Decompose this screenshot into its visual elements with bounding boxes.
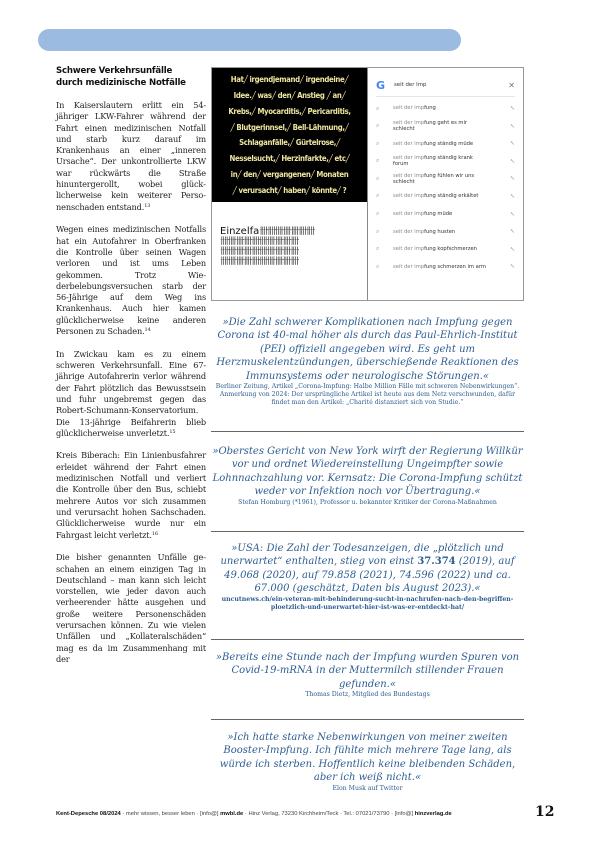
search-icon: ⌕: [376, 245, 393, 253]
heading-line-1: Schwere Verkehrsunfälle: [56, 66, 172, 76]
search-icon: ⌕: [376, 105, 393, 113]
suggestion-item: ⌕seit der impfung ständig krankforum↖: [376, 154, 515, 169]
search-icon: ⌕: [376, 157, 393, 165]
footer-link-mwbl[interactable]: mwbl.de: [220, 811, 243, 817]
article-paragraph: In Kaiserslautern erlitt ein 54-jähriger…: [56, 100, 206, 213]
article-column: Schwere Verkehrsunfälle durch medizinisc…: [56, 66, 206, 677]
quote-text: »Die Zahl schwerer Komplikationen nach I…: [211, 316, 524, 383]
footnote-ref: 16: [152, 531, 158, 537]
search-icon: ⌕: [376, 228, 393, 236]
suggestion-item: ⌕seit der impfung geht es mirschlecht↖: [376, 119, 515, 134]
question-text-panel: Hat╱ irgendjemand╱ irgendeine╱ Idee.╱ wa…: [212, 68, 367, 202]
google-autocomplete-screenshot: G seit der Imp ✕ ⌕seit der impfung↖ ⌕sei…: [368, 68, 523, 300]
meme-line: Nesselsucht,╱ Herzinfarkte,╱ etc╱: [221, 154, 358, 163]
footer-tagline: · mehr wissen, besser leben · [info@]: [121, 811, 220, 817]
header-banner: [38, 29, 461, 51]
arrow-fill-icon: ↖: [510, 263, 515, 270]
quote-text: »Oberstes Gericht von New York wirft der…: [211, 445, 524, 499]
article-paragraph: Kreis Biberach: Ein Linienbus­fahrer erl…: [56, 450, 206, 540]
divider: [211, 639, 524, 640]
arrow-fill-icon: ↖: [510, 140, 515, 147]
quote-text: »Bereits eine Stunde nach der Impfung wu…: [211, 651, 524, 691]
footer-publisher: · Hinz Verlag, 73230 Kirchheim/Teck · Te…: [243, 811, 414, 817]
tally-marks-panel: Einzelfa卌卌卌卌卌卌卌 卌卌卌卌卌卌卌卌卌卌 卌卌卌卌卌卌卌卌卌卌 卌卌…: [212, 202, 367, 300]
quote-block-berliner-zeitung: »Die Zahl schwerer Komplikationen nach I…: [211, 316, 524, 408]
arrow-fill-icon: ↖: [510, 123, 515, 130]
meme-line: in╱ den╱ vergangenen╱ Monaten: [221, 170, 358, 179]
meme-line: Schlaganfälle,╱ Gürtelrose,╱: [221, 138, 358, 147]
collage-image: Hat╱ irgendjemand╱ irgendeine╱ Idee.╱ wa…: [211, 67, 524, 301]
footnote-ref: 15: [169, 429, 175, 435]
meme-panel: Hat╱ irgendjemand╱ irgendeine╱ Idee.╱ wa…: [212, 68, 368, 300]
suggestion-item: ⌕seit der impfung fühlen wir unsschlecht…: [376, 171, 515, 186]
article-paragraph: In Zwickau kam es zu einem schweren Verk…: [56, 349, 206, 439]
page-number: 12: [535, 804, 554, 820]
meme-line: Idee.╱ was╱ den╱ Anstieg ╱ an╱: [221, 91, 358, 100]
quote-source: Stefan Homburg (*1961), Professor u. bek…: [211, 499, 524, 507]
divider: [211, 719, 524, 720]
footer-link-hinzverlag[interactable]: hinzverlag.de: [415, 811, 452, 817]
tally-marks-icon: 卌卌卌卌卌卌卌卌卌卌: [220, 247, 367, 257]
search-bar: G seit der Imp ✕: [376, 74, 515, 97]
arrow-fill-icon: ↖: [510, 228, 515, 235]
arrow-fill-icon: ↖: [510, 193, 515, 200]
quote-source: Thomas Dietz, Mitglied des Bundestags: [211, 691, 524, 699]
google-logo-icon: G: [376, 79, 394, 92]
quote-source: Elon Musk auf Twitter: [211, 785, 524, 793]
page-footer: Kent-Depesche 08/2024 · mehr wissen, bes…: [56, 811, 526, 817]
suggestion-item: ⌕seit der impfung ständig müde↖: [376, 136, 515, 151]
quote-block-usa-obituaries: »USA: Die Zahl der Todesanzeigen, die „p…: [211, 542, 524, 612]
search-query: seit der Imp: [394, 82, 508, 88]
arrow-fill-icon: ↖: [510, 211, 515, 218]
quote-source: Berliner Zeitung, Artikel „Corona-Impfun…: [211, 383, 524, 408]
search-icon: ⌕: [376, 263, 393, 271]
article-heading: Schwere Verkehrsunfälle durch medizinisc…: [56, 66, 206, 89]
meme-line: Hat╱ irgendjemand╱ irgendeine╱: [221, 75, 358, 84]
arrow-fill-icon: ↖: [510, 105, 515, 112]
suggestion-item: ⌕seit der impfung husten↖: [376, 224, 515, 239]
article-paragraph: Die bisher genannten Unfälle ge­schahen …: [56, 552, 206, 665]
arrow-fill-icon: ↖: [510, 175, 515, 182]
quote-text: »USA: Die Zahl der Todesanzeigen, die „p…: [211, 542, 524, 596]
search-icon: ⌕: [376, 122, 393, 130]
publication-name: Kent-Depesche 08/2024: [56, 811, 121, 817]
tally-line: Einzelfa卌卌卌卌卌卌卌: [220, 227, 367, 237]
meme-line: Krebs,╱ Myocarditis,╱ Pericarditis,: [221, 107, 358, 116]
search-icon: ⌕: [376, 192, 393, 200]
divider: [211, 531, 524, 532]
suggestion-item: ⌕seit der impfung müde↖: [376, 207, 515, 222]
footnote-ref: 14: [145, 327, 151, 333]
search-icon: ⌕: [376, 175, 393, 183]
suggestion-item: ⌕seit der impfung schmerzen im arm↖: [376, 259, 515, 274]
suggestion-item: ⌕seit der impfung↖: [376, 101, 515, 116]
quote-block-dietz: »Bereits eine Stunde nach der Impfung wu…: [211, 651, 524, 699]
suggestion-item: ⌕seit der impfung ständig erkältet↖: [376, 189, 515, 204]
quote-text: »Ich hatte starke Nebenwirkungen von mei…: [211, 731, 524, 785]
arrow-fill-icon: ↖: [510, 158, 515, 165]
meme-line: ╱ Blutgerinnsel,╱ Bell-Lähmung,╱: [221, 123, 358, 132]
suggestion-item: ⌕seit der impfung kopfschmerzen↖: [376, 242, 515, 257]
article-paragraph: Wegen eines medizinischen Not­falls hat …: [56, 224, 206, 337]
tally-word: Einzelfa: [220, 226, 259, 237]
tally-marks-icon: 卌卌卌卌卌卌卌卌卌卌: [220, 237, 367, 247]
quote-block-homburg: »Oberstes Gericht von New York wirft der…: [211, 445, 524, 507]
arrow-fill-icon: ↖: [510, 246, 515, 253]
suggestion-list: ⌕seit der impfung↖ ⌕seit der impfung geh…: [376, 101, 515, 274]
quote-source-link[interactable]: uncutnews.ch/ein-veteran-mit-behinderung…: [211, 596, 524, 612]
search-icon: ⌕: [376, 140, 393, 148]
meme-line: ╱ verursacht╱ haben╱ könnte╱ ?: [221, 186, 358, 195]
heading-line-2: durch medizinische Notfälle: [56, 78, 186, 88]
close-icon: ✕: [508, 81, 515, 90]
tally-marks-icon: 卌卌卌卌卌卌卌卌卌卌: [220, 257, 367, 267]
footnote-ref: 13: [144, 203, 150, 209]
search-icon: ⌕: [376, 210, 393, 218]
divider: [211, 431, 524, 432]
tally-marks-icon: 卌卌卌卌卌卌卌: [259, 227, 314, 237]
highlight-number: 37.374: [417, 556, 455, 567]
quote-block-musk: »Ich hatte starke Nebenwirkungen von mei…: [211, 731, 524, 793]
